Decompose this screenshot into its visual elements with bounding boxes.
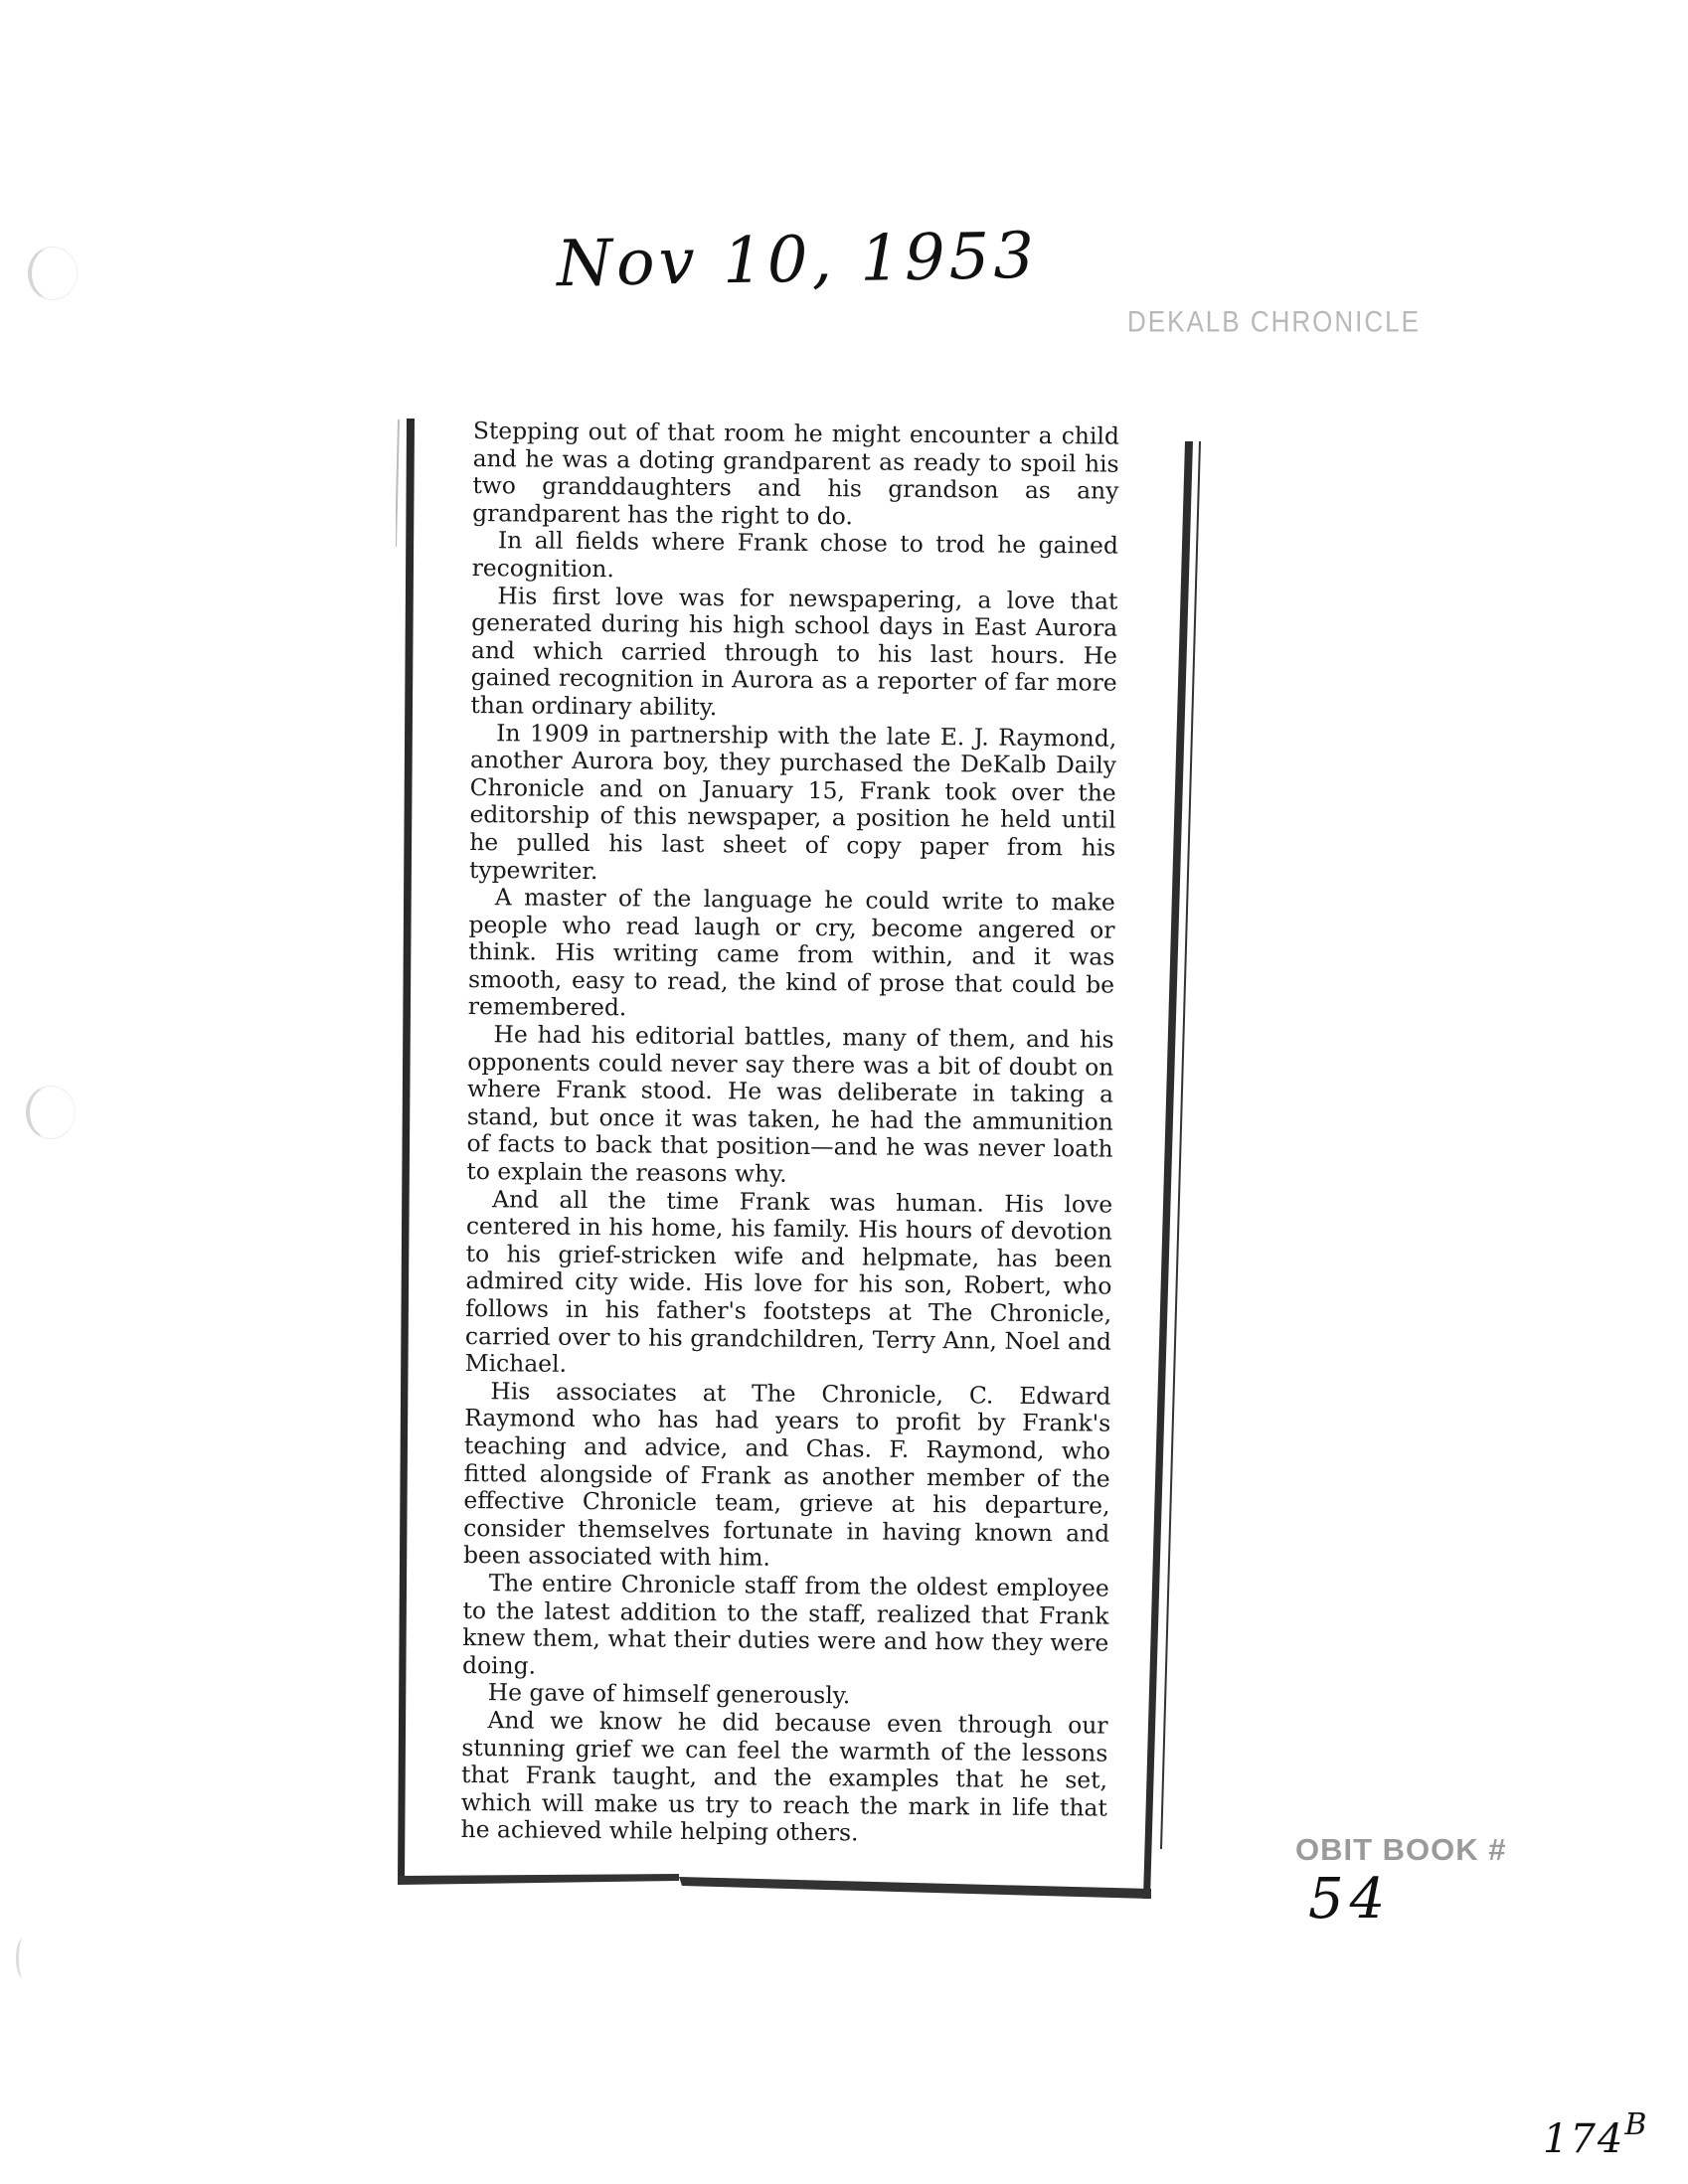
article-paragraph: And we know he did because even through … xyxy=(460,1707,1107,1850)
handwritten-page-number: 174B xyxy=(1543,2107,1648,2162)
source-stamp: DEKALB CHRONICLE xyxy=(1127,304,1421,340)
page-number-suffix: B xyxy=(1624,2107,1648,2142)
obit-book-number: 54 xyxy=(1308,1867,1391,1932)
article-paragraph: In all fields where Frank chose to trod … xyxy=(472,527,1118,588)
binder-punch-hole-middle xyxy=(26,1086,76,1139)
article-paragraph: Stepping out of that room he might encou… xyxy=(472,418,1119,533)
newspaper-clipping: Stepping out of that room he might encou… xyxy=(396,418,1203,1904)
obit-book-stamp: OBIT BOOK # xyxy=(1295,1832,1507,1868)
binder-punch-hole-top xyxy=(28,247,78,300)
article-paragraph: His first love was for newspapering, a l… xyxy=(470,583,1117,726)
binder-punch-hole-bottom xyxy=(16,1938,30,1978)
article-paragraph: He had his editorial battles, many of th… xyxy=(466,1021,1113,1191)
article-paragraph: In 1909 in partnership with the late E. … xyxy=(469,720,1116,890)
article-paragraph: The entire Chronicle staff from the olde… xyxy=(462,1570,1109,1685)
page-number-value: 174 xyxy=(1543,2116,1624,2162)
handwritten-date: Nov 10, 1953 xyxy=(556,220,1038,301)
obituary-article: Stepping out of that room he might encou… xyxy=(460,418,1118,1849)
article-paragraph: A master of the language he could write … xyxy=(468,884,1115,1027)
article-paragraph: And all the time Frank was human. His lo… xyxy=(465,1186,1113,1384)
article-paragraph: His associates at The Chronicle, C. Edwa… xyxy=(463,1378,1111,1576)
